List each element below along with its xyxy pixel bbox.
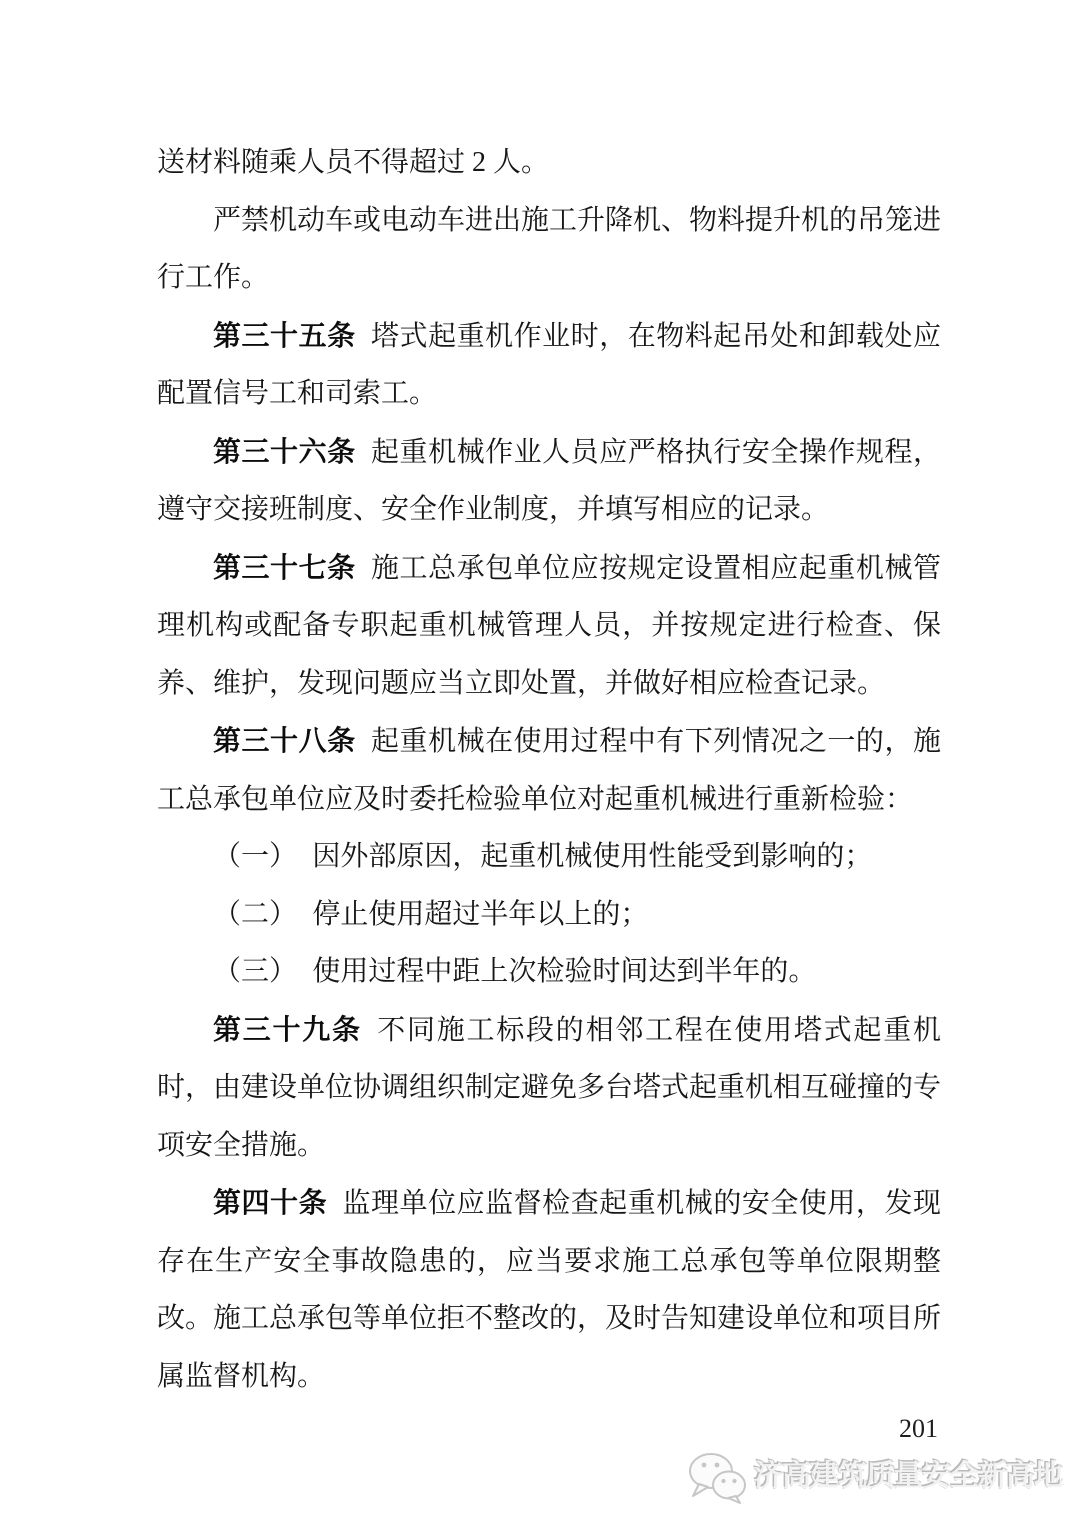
article-number: 第三十六条 xyxy=(213,436,356,467)
article-39: 第三十九条不同施工标段的相邻工程在使用塔式起重机时，由建设单位协调组织制定避免多… xyxy=(157,1001,941,1175)
list-item-number: （三） xyxy=(213,956,297,987)
list-item-text: 停止使用超过半年以上的； xyxy=(312,899,648,930)
article-36: 第三十六条起重机械作业人员应严格执行安全操作规程，遵守交接班制度、安全作业制度，… xyxy=(157,423,941,539)
wechat-icon xyxy=(688,1452,746,1504)
list-item-text: 因外部原因，起重机械使用性能受到影响的； xyxy=(312,841,872,872)
paragraph-prohibition: 严禁机动车或电动车进出施工升降机、物料提升机的吊笼进行工作。 xyxy=(157,192,941,307)
article-38: 第三十八条起重机械在使用过程中有下列情况之一的，施工总承包单位应及时委托检验单位… xyxy=(157,712,941,828)
article-number: 第三十八条 xyxy=(213,725,356,756)
article-number: 第三十九条 xyxy=(213,1014,362,1045)
list-item-number: （二） xyxy=(213,899,297,930)
document-body: 送材料随乘人员不得超过 2 人。 严禁机动车或电动车进出施工升降机、物料提升机的… xyxy=(157,134,941,1405)
list-item-2: （二）停止使用超过半年以上的； xyxy=(157,886,941,944)
article-number: 第四十条 xyxy=(213,1187,327,1218)
page-number: 201 xyxy=(899,1412,938,1446)
list-item-number: （一） xyxy=(213,841,297,872)
watermark-text: 济高建筑质量安全新高地 xyxy=(754,1456,1062,1496)
watermark-logo: 济高建筑质量安全新高地 xyxy=(688,1448,1062,1504)
article-text: 监理单位应监督检查起重机械的安全使用，发现存在生产安全事故隐患的，应当要求施工总… xyxy=(157,1188,941,1392)
list-item-1: （一）因外部原因，起重机械使用性能受到影响的； xyxy=(157,828,941,886)
list-item-3: （三）使用过程中距上次检验时间达到半年的。 xyxy=(157,943,941,1001)
paragraph-continuation: 送材料随乘人员不得超过 2 人。 xyxy=(157,134,941,192)
list-item-text: 使用过程中距上次检验时间达到半年的。 xyxy=(312,956,816,987)
article-number: 第三十五条 xyxy=(213,320,356,351)
document-page: 送材料随乘人员不得超过 2 人。 严禁机动车或电动车进出施工升降机、物料提升机的… xyxy=(0,0,1080,1527)
article-number: 第三十七条 xyxy=(213,552,356,583)
paragraph-text: 送材料随乘人员不得超过 2 人。 xyxy=(157,147,549,178)
article-40: 第四十条监理单位应监督检查起重机械的安全使用，发现存在生产安全事故隐患的，应当要… xyxy=(157,1174,941,1405)
article-37: 第三十七条施工总承包单位应按规定设置相应起重机械管理机构或配备专职起重机械管理人… xyxy=(157,539,941,713)
article-35: 第三十五条塔式起重机作业时，在物料起吊处和卸载处应配置信号工和司索工。 xyxy=(157,307,941,423)
paragraph-text: 严禁机动车或电动车进出施工升降机、物料提升机的吊笼进行工作。 xyxy=(157,205,941,294)
